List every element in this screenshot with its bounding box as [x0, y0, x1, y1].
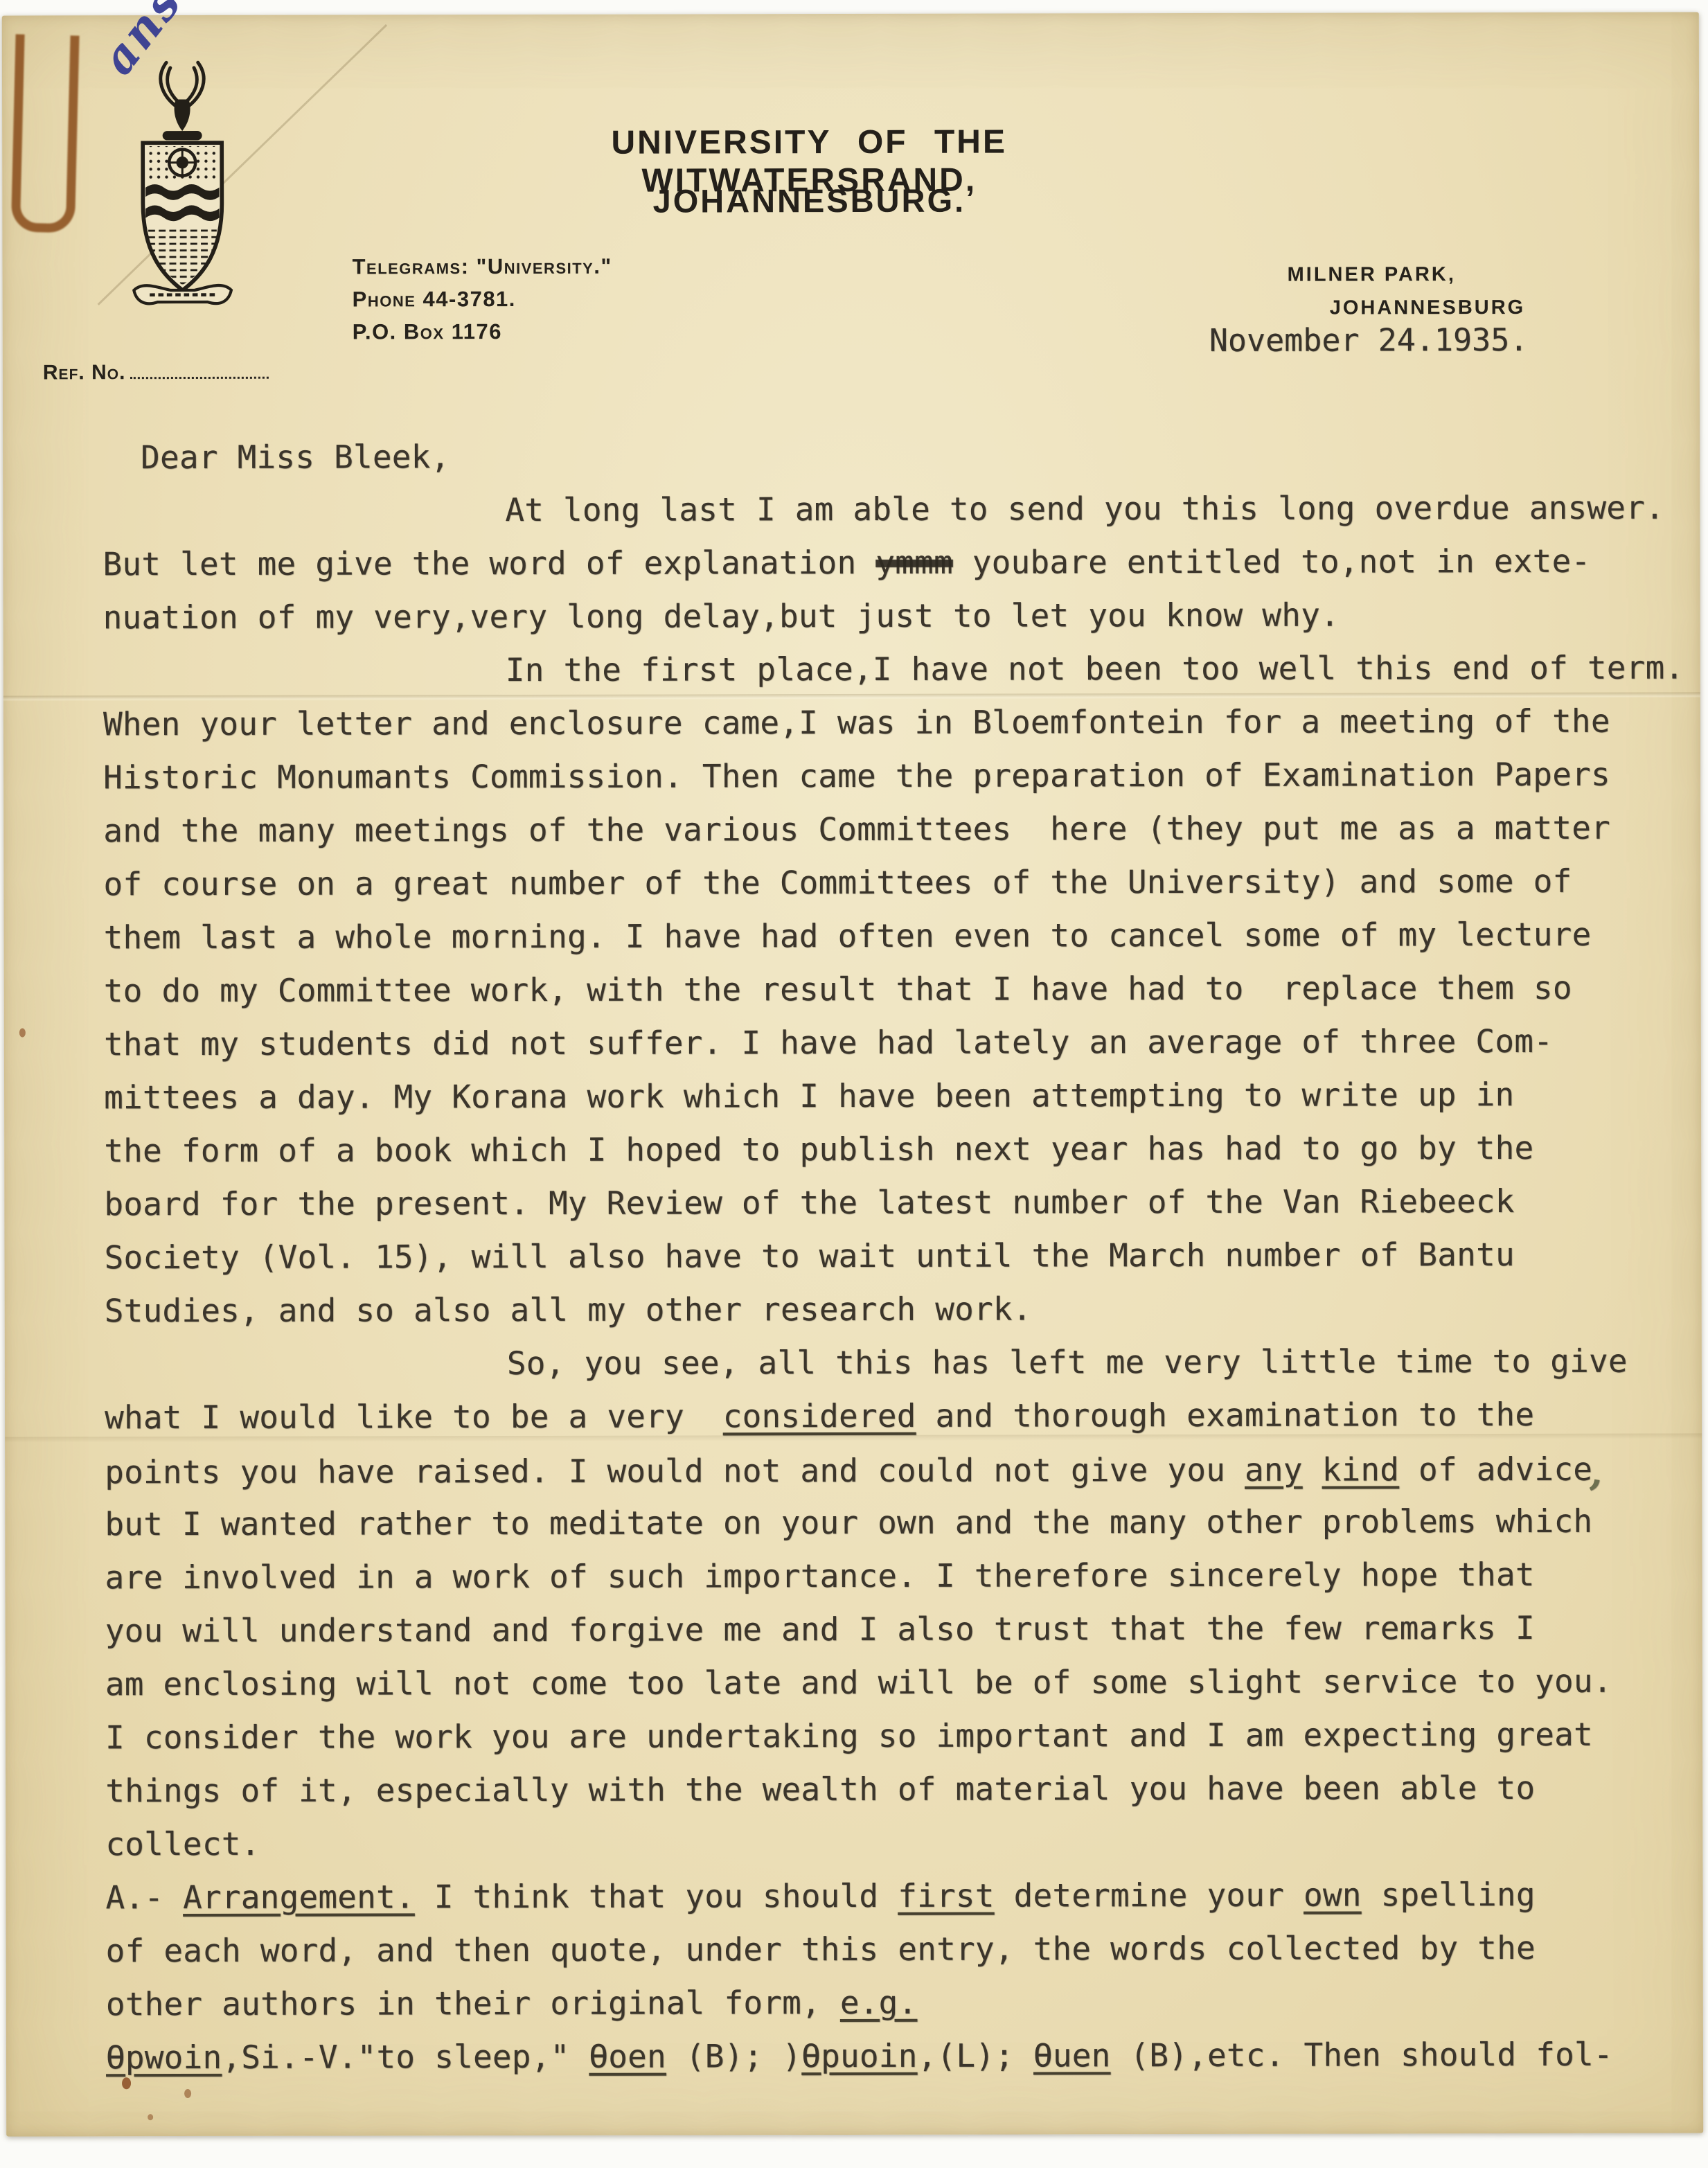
letter-line: are involved in a work of such importanc… [105, 1548, 1656, 1605]
paperclip-rust-stain [11, 34, 80, 233]
typed-text: the form of a book which I hoped to publ… [104, 1129, 1533, 1169]
typed-text: Studies, and so also all my other resear… [105, 1290, 1032, 1329]
typed-text: Ɵpuoin [801, 2037, 917, 2074]
typed-text: At long last I am able to send you this … [505, 489, 1664, 529]
typed-text: I consider the work you are undertaking … [105, 1716, 1593, 1756]
letter-line: mittees a day. My Korana work which I ha… [104, 1068, 1655, 1125]
letter-line: you will understand and forgive me and I… [105, 1601, 1657, 1658]
typed-text: points you have raised. I would not and … [105, 1451, 1245, 1491]
letter-line: board for the present. My Review of the … [104, 1175, 1655, 1232]
letter-line: When your letter and enclosure came,I wa… [103, 695, 1655, 752]
typed-text: Historic Monumants Commission. Then came… [103, 756, 1610, 797]
rust-spot [184, 2089, 191, 2098]
typed-text: that my students did not suffer. I have … [104, 1022, 1553, 1063]
typed-text: youbare entitled to,not in exte- [953, 542, 1591, 581]
letterhead-subtitle: JOHANNESBURG. [463, 181, 1155, 220]
typed-text: and thorough examination to the [916, 1396, 1535, 1434]
typed-text: any [1245, 1451, 1303, 1489]
typed-text: them last a whole morning. I have had of… [104, 916, 1592, 956]
typed-text: of advice [1399, 1450, 1592, 1489]
typed-text: ymmm [875, 544, 953, 581]
typed-text: (B); ) [666, 2037, 801, 2074]
typed-text: Society (Vol. 15), will also have to wai… [104, 1236, 1514, 1276]
letter-line: to do my Committee work, with the result… [104, 961, 1655, 1018]
letter-line: other authors in their original form, e.… [106, 1975, 1657, 2032]
typed-text: what I would like to be a very [105, 1397, 723, 1436]
typed-text: collect. [105, 1825, 260, 1863]
letter-line: Historic Monumants Commission. Then came… [103, 748, 1655, 805]
letter-line: Ɵpwoin,Si.-V."to sleep," Ɵoen (B); )Ɵpuo… [106, 2028, 1657, 2085]
typed-text: am enclosing will not come too late and … [105, 1662, 1612, 1703]
letter-line: Studies, and so also all my other resear… [105, 1281, 1656, 1338]
typed-text: A.- [105, 1878, 183, 1916]
typed-text: In the first place,I have not been too w… [506, 648, 1684, 688]
typed-text: things of it, especially with the wealth… [105, 1769, 1535, 1809]
typed-text: but I wanted rather to meditate on your … [105, 1502, 1592, 1543]
typed-text: of each word, and then quote, under this… [106, 1929, 1536, 1969]
typed-text: board for the present. My Review of the … [104, 1182, 1514, 1223]
typed-text: other authors in their original form, [106, 1984, 840, 2023]
typed-text: are involved in a work of such importanc… [105, 1556, 1534, 1596]
ref-no-dotted-rule [130, 360, 268, 379]
letter-line: Dear Miss Bleek, [103, 428, 1654, 485]
letter-line: nuation of my very,very long delay,but j… [103, 588, 1655, 645]
letter-line: But let me give the word of explanation … [103, 535, 1654, 592]
typed-text: When your letter and enclosure came,I wa… [103, 702, 1610, 743]
address-milner-park: MILNER PARK, [1288, 263, 1456, 287]
typed-text: and the many meetings of the various Com… [103, 809, 1610, 850]
letter-line: Society (Vol. 15), will also have to wai… [104, 1228, 1655, 1285]
letter-line: of course on a great number of the Commi… [103, 855, 1655, 912]
ref-no-line: Ref. No. [43, 360, 269, 385]
typed-text: determine your [995, 1876, 1304, 1914]
letter-line: them last a whole morning. I have had of… [104, 908, 1655, 965]
typed-text: you will understand and forgive me and I… [105, 1609, 1535, 1649]
letter-line: A.- Arrangement. I think that you should… [105, 1868, 1657, 1925]
letter-line: but I wanted rather to meditate on your … [105, 1495, 1656, 1552]
typed-text: But let me give the word of explanation [103, 544, 875, 583]
letter-line: am enclosing will not come too late and … [105, 1655, 1657, 1712]
letter-line: what I would like to be a very considere… [105, 1388, 1656, 1445]
typed-text: to do my Committee work, with the result… [104, 969, 1572, 1009]
typed-text: So, you see, all this has left me very l… [507, 1342, 1628, 1382]
typed-text: nuation of my very,very long delay,but j… [103, 596, 1340, 637]
typed-text: of course on a great number of the Commi… [103, 862, 1572, 903]
typed-text: spelling [1362, 1876, 1536, 1914]
typed-text: ,Si.-V."to sleep," [222, 2038, 589, 2076]
letter-line: the form of a book which I hoped to publ… [104, 1121, 1655, 1178]
letter-body: Dear Miss Bleek,At long last I am able t… [103, 428, 1657, 2085]
address-johannesburg: JOHANNESBURG [1330, 296, 1526, 320]
typed-text: mittees a day. My Korana work which I ha… [104, 1076, 1514, 1116]
rust-spot [148, 2114, 153, 2120]
letter-line: points you have raised. I would not and … [105, 1441, 1656, 1498]
letter-line: collect. [105, 1815, 1657, 1872]
typed-text: Ɵoen [589, 2038, 666, 2075]
letter-line: At long last I am able to send you this … [103, 481, 1654, 538]
letter-line: that my students did not suffer. I have … [104, 1015, 1655, 1072]
letter-line: of each word, and then quote, under this… [106, 1921, 1657, 1978]
letter-line: In the first place,I have not been too w… [103, 641, 1655, 698]
typed-text: ,(L); [918, 2036, 1033, 2074]
typed-text: Dear Miss Bleek, [141, 438, 450, 476]
letter-line: and the many meetings of the various Com… [103, 801, 1655, 858]
typed-text: (B),etc. Then should fol- [1110, 2036, 1612, 2074]
letter-line: So, you see, all this has left me very l… [105, 1335, 1656, 1392]
university-crest-icon [116, 55, 249, 313]
typed-text: first [898, 1877, 995, 1914]
telegrams-line: Telegrams: "University." [353, 250, 612, 283]
typed-text: Ɵpwoin [106, 2038, 222, 2076]
letterhead-contact-block: Telegrams: "University." Phone 44-3781. … [353, 250, 612, 348]
rust-spot [19, 1029, 26, 1038]
typed-text [1303, 1451, 1322, 1489]
typed-text: own [1304, 1876, 1362, 1913]
typed-text: e.g. [840, 1984, 918, 2021]
typed-text: I think that you should [415, 1877, 898, 1915]
ref-no-label: Ref. No. [43, 361, 126, 384]
typed-text: Arrangement. [183, 1878, 415, 1916]
pobox-line: P.O. Box 1176 [353, 315, 612, 348]
typed-text: considered [723, 1397, 916, 1435]
phone-line: Phone 44-3781. [353, 283, 612, 316]
letter-line: things of it, especially with the wealth… [105, 1761, 1657, 1818]
letter-paper: ans. UNIVERSITY OF THE WITWATERSRAND [2, 12, 1703, 2136]
typed-text: Ɵuen [1033, 2036, 1111, 2074]
typed-text: kind [1322, 1450, 1399, 1488]
letter-date: November 24.1935. [1209, 321, 1529, 359]
letter-line: I consider the work you are undertaking … [105, 1708, 1657, 1765]
